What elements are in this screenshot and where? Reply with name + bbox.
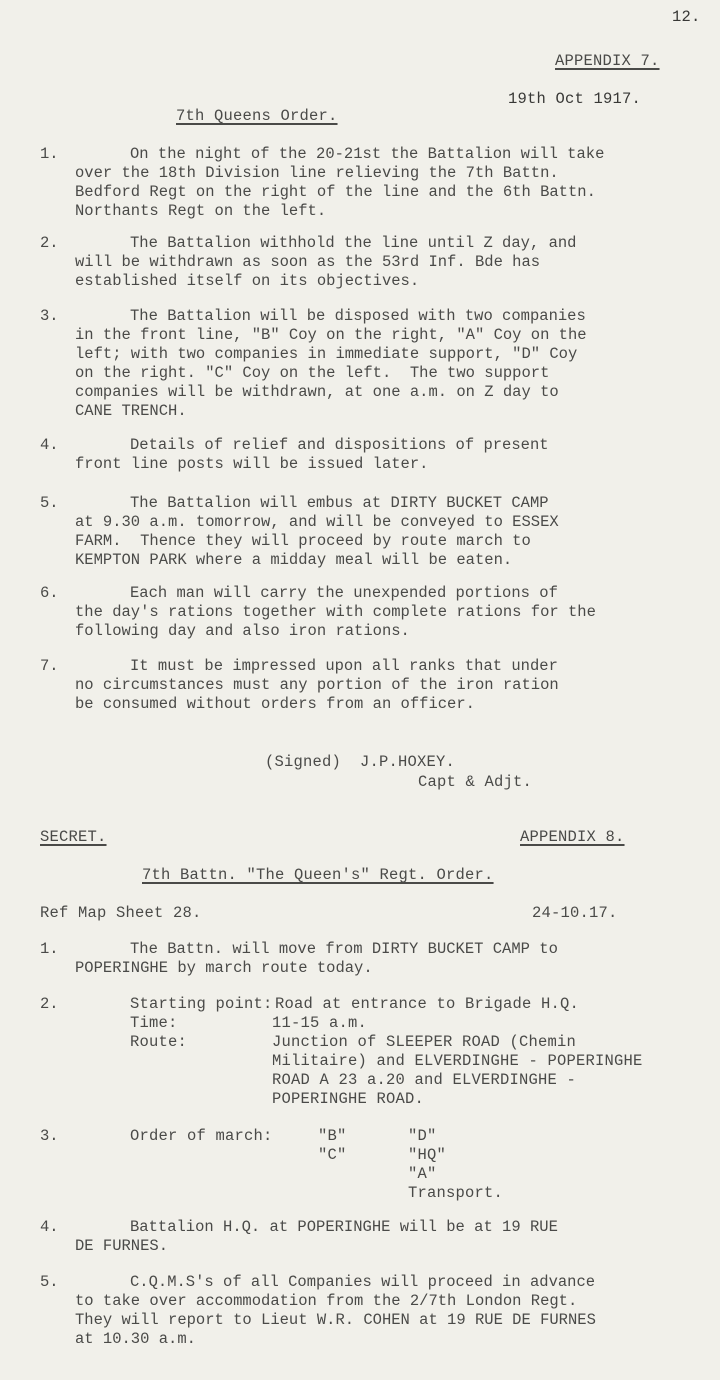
march-unit: "C" bbox=[318, 1146, 347, 1165]
item-number: 3. bbox=[40, 307, 59, 325]
route-label: Route: bbox=[130, 1033, 187, 1052]
march-unit: "A" bbox=[408, 1165, 437, 1184]
route-line: ROAD A 23 a.20 and ELVERDINGHE - bbox=[272, 1071, 576, 1090]
text-line: will be withdrawn as soon as the 53rd In… bbox=[75, 253, 715, 272]
order-of-march-label: Order of march: bbox=[130, 1127, 273, 1146]
item-number: 6. bbox=[40, 584, 59, 602]
text-line: They will report to Lieut W.R. COHEN at … bbox=[75, 1311, 715, 1330]
item-number: 7. bbox=[40, 657, 59, 675]
starting-point-label: Starting point: bbox=[130, 995, 273, 1014]
text-line: following day and also iron rations. bbox=[75, 622, 715, 641]
text-line: The Battalion will be disposed with two … bbox=[75, 307, 715, 326]
appendix-8-label: APPENDIX 8. bbox=[520, 828, 625, 847]
route-line: POPERINGHE ROAD. bbox=[272, 1090, 424, 1109]
text-line: at 9.30 a.m. tomorrow, and will be conve… bbox=[75, 513, 715, 532]
text-line: over the 18th Division line relieving th… bbox=[75, 164, 715, 183]
item-number: 4. bbox=[40, 1218, 59, 1236]
march-unit: Transport. bbox=[408, 1184, 503, 1203]
appendix-8-title: 7th Battn. "The Queen's" Regt. Order. bbox=[142, 866, 494, 885]
text-line: Each man will carry the unexpended porti… bbox=[75, 584, 715, 603]
signature-rank: Capt & Adjt. bbox=[418, 773, 532, 792]
item-number: 3. bbox=[40, 1127, 59, 1145]
route-line: Junction of SLEEPER ROAD (Chemin bbox=[272, 1033, 576, 1052]
text-line: Battalion H.Q. at POPERINGHE will be at … bbox=[75, 1218, 715, 1237]
march-unit: "HQ" bbox=[408, 1146, 446, 1165]
text-line: C.Q.M.S's of all Companies will proceed … bbox=[75, 1273, 715, 1292]
text-line: on the right. "C" Coy on the left. The t… bbox=[75, 364, 715, 383]
appendix-7-title: 7th Queens Order. bbox=[176, 107, 338, 126]
route-line: Militaire) and ELVERDINGHE - POPERINGHE bbox=[272, 1052, 643, 1071]
text-line: Northants Regt on the left. bbox=[75, 202, 715, 221]
item-number: 1. bbox=[40, 940, 59, 958]
item-number: 4. bbox=[40, 436, 59, 454]
text-line: be consumed without orders from an offic… bbox=[75, 695, 715, 714]
appendix-8-date: 24-10.17. bbox=[532, 904, 618, 923]
text-line: left; with two companies in immediate su… bbox=[75, 345, 715, 364]
march-unit: "D" bbox=[408, 1127, 437, 1146]
text-line: Bedford Regt on the right of the line an… bbox=[75, 183, 715, 202]
text-line: companies will be withdrawn, at one a.m.… bbox=[75, 383, 715, 402]
text-line: FARM. Thence they will proceed by route … bbox=[75, 532, 715, 551]
secret-label: SECRET. bbox=[40, 828, 107, 847]
appendix-7-label: APPENDIX 7. bbox=[555, 52, 660, 71]
ref-map-sheet: Ref Map Sheet 28. bbox=[40, 904, 202, 923]
text-line: The Battalion withhold the line until Z … bbox=[75, 234, 715, 253]
document-page: 12. APPENDIX 7. 19th Oct 1917. 7th Queen… bbox=[0, 0, 720, 1380]
text-line: CANE TRENCH. bbox=[75, 402, 715, 421]
text-line: On the night of the 20-21st the Battalio… bbox=[75, 145, 715, 164]
item-number: 2. bbox=[40, 234, 59, 252]
march-unit: "B" bbox=[318, 1127, 347, 1146]
text-line: DE FURNES. bbox=[75, 1237, 715, 1256]
appendix-7-date: 19th Oct 1917. bbox=[508, 90, 641, 109]
text-line: POPERINGHE by march route today. bbox=[75, 959, 715, 978]
text-line: Details of relief and dispositions of pr… bbox=[75, 436, 715, 455]
text-line: at 10.30 a.m. bbox=[75, 1330, 715, 1349]
text-line: to take over accommodation from the 2/7t… bbox=[75, 1292, 715, 1311]
time-value: 11-15 a.m. bbox=[272, 1014, 367, 1033]
text-line: the day's rations together with complete… bbox=[75, 603, 715, 622]
text-line: front line posts will be issued later. bbox=[75, 455, 715, 474]
signature-line: (Signed) J.P.HOXEY. bbox=[265, 753, 455, 772]
text-line: established itself on its objectives. bbox=[75, 272, 715, 291]
time-label: Time: bbox=[130, 1014, 178, 1033]
text-line: The Battn. will move from DIRTY BUCKET C… bbox=[75, 940, 715, 959]
text-line: no circumstances must any portion of the… bbox=[75, 676, 715, 695]
text-line: KEMPTON PARK where a midday meal will be… bbox=[75, 551, 715, 570]
text-line: in the front line, "B" Coy on the right,… bbox=[75, 326, 715, 345]
item-number: 5. bbox=[40, 1273, 59, 1291]
text-line: The Battalion will embus at DIRTY BUCKET… bbox=[75, 494, 715, 513]
item-number: 1. bbox=[40, 145, 59, 163]
starting-point-value: Road at entrance to Brigade H.Q. bbox=[275, 995, 579, 1014]
item-number: 2. bbox=[40, 995, 59, 1013]
page-number: 12. bbox=[672, 8, 701, 27]
text-line: It must be impressed upon all ranks that… bbox=[75, 657, 715, 676]
item-number: 5. bbox=[40, 494, 59, 512]
